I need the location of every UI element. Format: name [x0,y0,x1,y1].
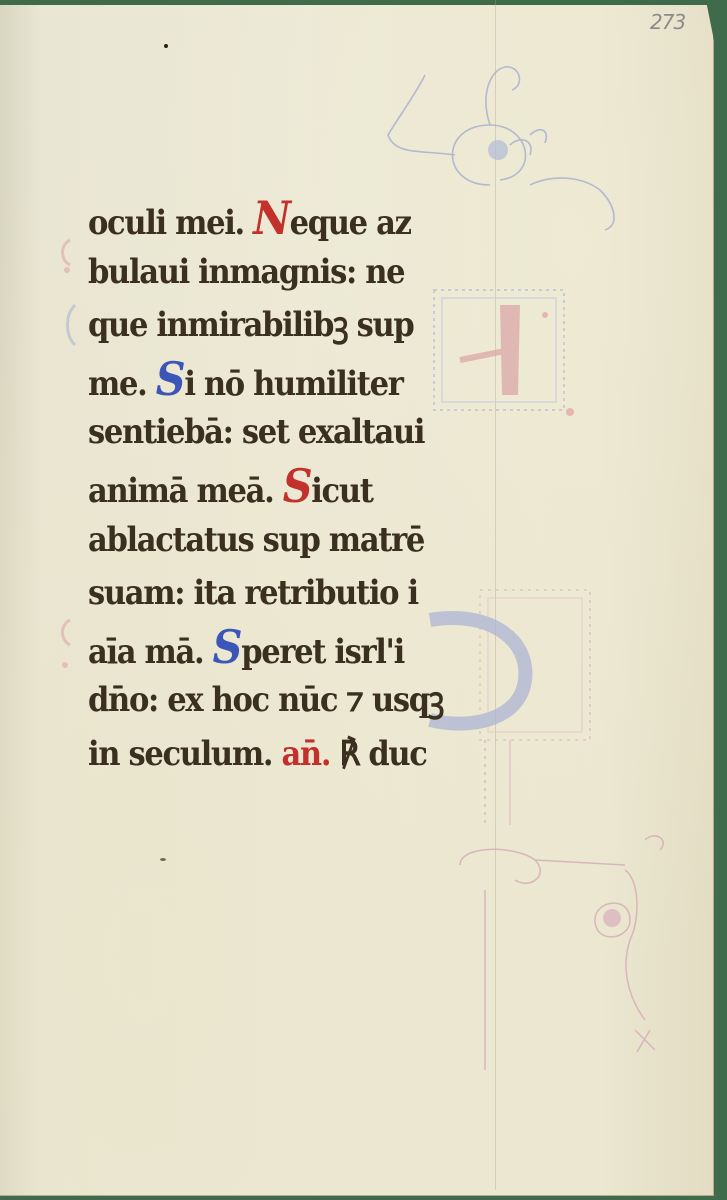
line-text: peret isrl'i [241,632,404,672]
red-initial-n: N [253,191,289,245]
line-text: eque az [290,203,411,243]
rubric-antiphon: an̄. [281,734,330,774]
text-line-7: ablactatus sup matrē [88,514,466,568]
text-line-1: oculi mei. Neque az [88,192,466,246]
folio-number: 273 [650,10,685,34]
text-line-3: que inmirabilibꝫ sup [88,299,466,353]
line-text: que inmirabilibꝫ sup [88,305,413,345]
text-line-10: dn̄o: ex hoc nūc ⁊ usqꝫ [88,674,466,728]
blue-initial-s: S [213,620,242,674]
line-text: icut [311,471,372,511]
text-line-11: in seculum. an̄. ℟ duc [88,728,466,782]
line-text: me. [88,364,156,404]
line-text: sentiebā: set exaltaui [88,412,424,452]
line-text: ℟ duc [330,734,426,774]
line-text: suam: ita retributio i [88,573,418,613]
line-text: i nō humiliter [184,364,402,404]
ink-speck [164,44,168,48]
line-text: ablactatus sup matrē [88,520,424,560]
line-text: oculi mei. [88,203,253,243]
text-block: oculi mei. Neque az bulaui inmagnis: ne … [88,192,508,782]
line-text: in seculum. [88,734,281,774]
text-line-8: suam: ita retributio i [88,567,466,621]
ink-speck [160,858,166,861]
text-line-2: bulaui inmagnis: ne [88,246,466,300]
line-text: dn̄o: ex hoc nūc ⁊ usqꝫ [88,680,443,720]
blue-initial-s: S [156,352,185,406]
line-text: animā meā. [88,471,283,511]
line-text: bulaui inmagnis: ne [88,252,404,292]
text-line-6: animā meā. Sicut [88,460,466,514]
red-initial-s: S [283,459,312,513]
text-line-5: sentiebā: set exaltaui [88,406,466,460]
text-line-9: aīa mā. Speret isrl'i [88,621,466,675]
line-text: aīa mā. [88,632,213,672]
text-line-4: me. Si nō humiliter [88,353,466,407]
